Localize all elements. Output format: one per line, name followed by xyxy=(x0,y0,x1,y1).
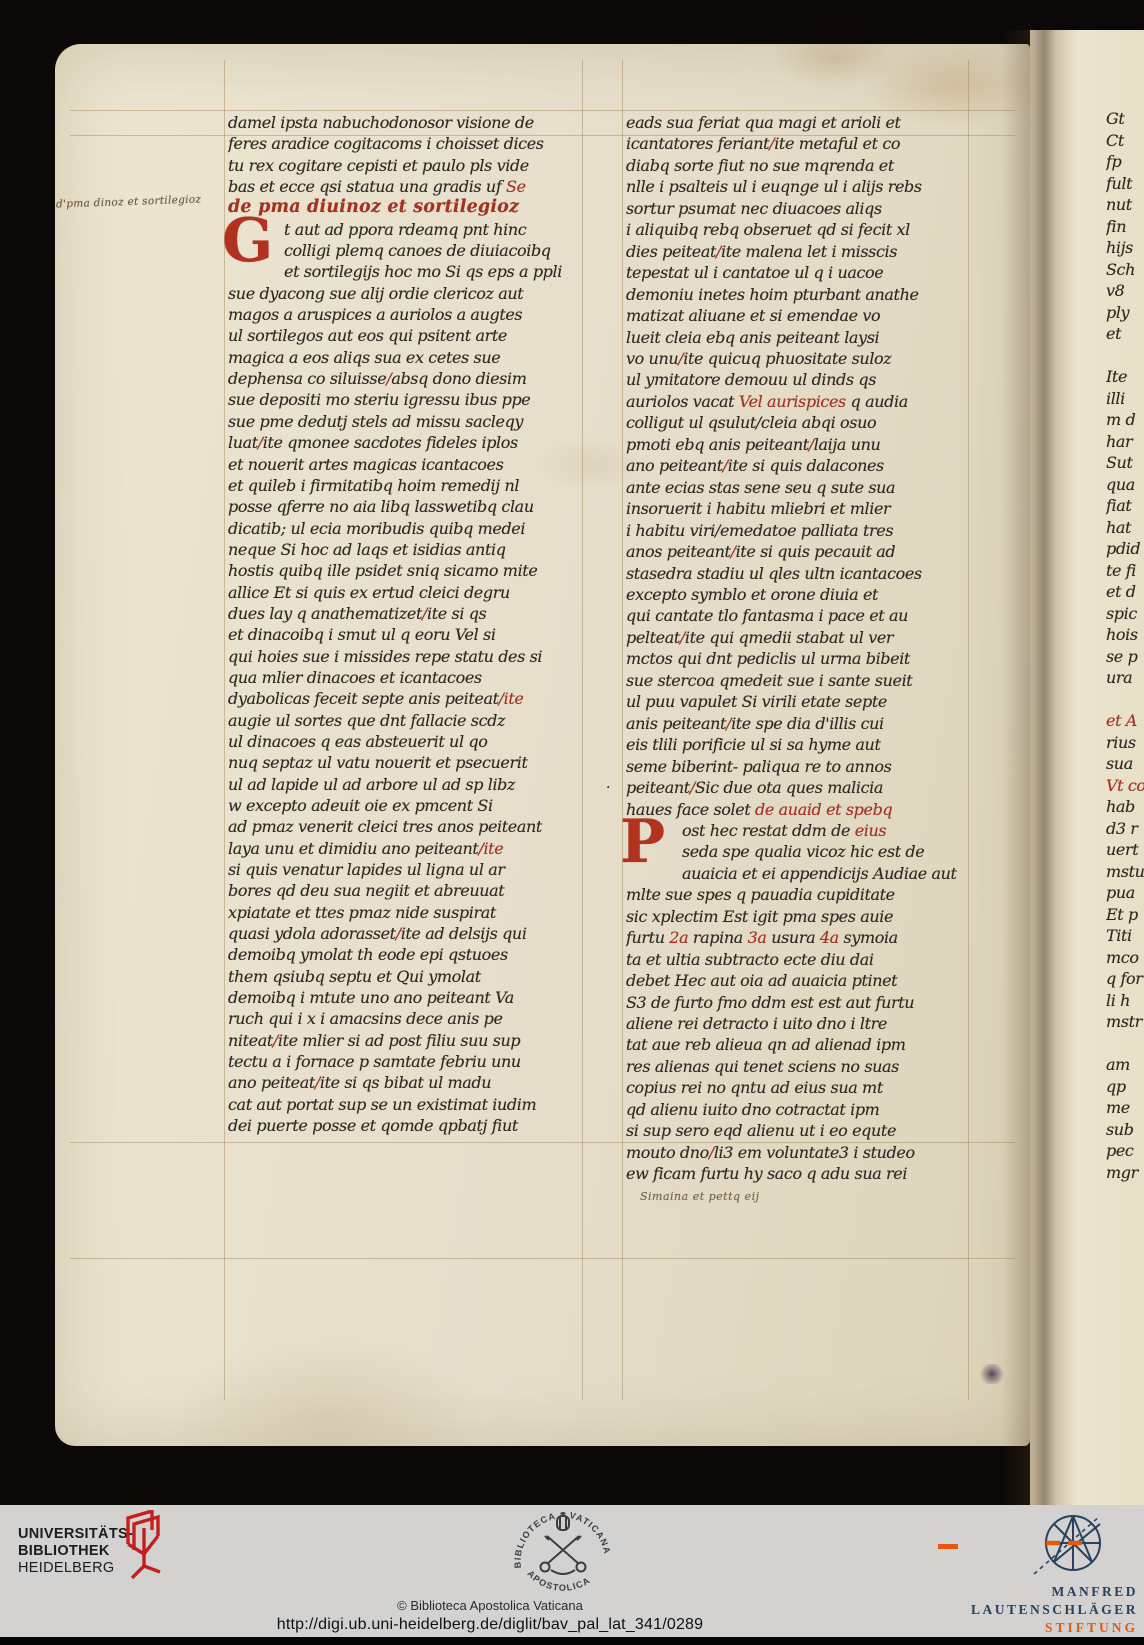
manuscript-line: posse qferre no aia libq lasswetibq clau xyxy=(228,496,580,517)
manuscript-line: ew ficam furtu hy saco q adu sua rei xyxy=(626,1163,970,1184)
ink-smudge xyxy=(978,1364,1006,1384)
manuscript-line: qui hoies sue i missides repe statu des … xyxy=(228,646,580,667)
facing-line-fragment: Ct xyxy=(1106,130,1144,152)
facing-line-fragment: hois xyxy=(1106,624,1144,646)
facing-line-fragment: et xyxy=(1106,323,1144,345)
manuscript-line: demoibq i mtute uno ano peiteant Va xyxy=(228,987,580,1008)
manuscript-line: stasedra stadiu ul qles ultn icantacoes xyxy=(626,563,970,584)
facing-line-fragment: fin xyxy=(1106,216,1144,238)
manuscript-line: cat aut portat sup se un existimat iudim xyxy=(228,1094,580,1115)
manuscript-line: bas et ecce qsi statua una gradis uf Se xyxy=(228,176,580,197)
manuscript-line: dyabolicas feceit septe anis peiteat/ite xyxy=(228,688,580,709)
facing-line-fragment: pec xyxy=(1106,1140,1144,1162)
facing-line-fragment: spic xyxy=(1106,603,1144,625)
facing-line-fragment: hijs xyxy=(1106,237,1144,259)
vatican-copyright: © Biblioteca Apostolica Vaticana xyxy=(320,1598,660,1613)
paragraph-mark: · xyxy=(606,780,610,796)
mls-orange-dash xyxy=(938,1544,958,1549)
illuminated-initial: P xyxy=(620,814,665,870)
manuscript-line: ta et ultia subtracto ecte diu dai xyxy=(626,949,970,970)
facing-line-fragment: qua xyxy=(1106,474,1144,496)
facing-line-fragment: fp xyxy=(1106,151,1144,173)
manuscript-line: vo unu/ite quicuq phuositate suloz xyxy=(626,348,970,369)
manuscript-line: ul puu vapulet Si virili etate septe xyxy=(626,691,970,712)
manuscript-line: dei puerte posse et qomde qpbatj fiut xyxy=(228,1115,580,1136)
facing-line-fragment: nut xyxy=(1106,194,1144,216)
manuscript-line: ruch qui i x i amacsins dece anis pe xyxy=(228,1008,580,1029)
manuscript-line: pelteat/ite qui qmedii stabat ul ver xyxy=(626,627,970,648)
facing-line-fragment: Et p xyxy=(1106,904,1144,926)
manuscript-line: magos a aruspices a auriolos a augtes xyxy=(228,304,580,325)
facing-line-fragment: fult xyxy=(1106,173,1144,195)
manuscript-line: copius rei no qntu ad eius sua mt xyxy=(626,1077,970,1098)
manuscript-line: hostis quibq ille psidet sniq sicamo mit… xyxy=(228,560,580,581)
facing-line-fragment: et d xyxy=(1106,581,1144,603)
manuscript-line: niteat/ite mlier si ad post filiu suu su… xyxy=(228,1030,580,1051)
manuscript-line: dues lay q anathematizet/ite si qs xyxy=(228,603,580,624)
manuscript-line: feres aradice cogitacoms i choisset dice… xyxy=(228,133,580,154)
manuscript-line: qd alienu iuito dno cotractat ipm xyxy=(626,1099,970,1120)
manuscript-line: auriolos vacat Vel aurispices q audia xyxy=(626,391,970,412)
ruling-line xyxy=(70,110,1015,111)
facing-line-fragment: mstr xyxy=(1106,1011,1144,1033)
facing-line-fragment: se p xyxy=(1106,646,1144,668)
manuscript-line: de pma diuinoz et sortilegioz xyxy=(228,197,580,218)
manuscript-line: magica a eos aliqs sua ex cetes sue xyxy=(228,347,580,368)
manuscript-line: anos peiteant/ite si quis pecauit ad xyxy=(626,541,970,562)
manuscript-line: sue dyacong sue alij ordie clericoz aut xyxy=(228,283,580,304)
manuscript-line: colligut ul qsulut/cleia abqi osuo xyxy=(626,412,970,433)
manuscript-line: et nouerit artes magicas icantacoes xyxy=(228,454,580,475)
manuscript-line: matizat aliuane et si emendae vo xyxy=(626,305,970,326)
facing-line-fragment: har xyxy=(1106,431,1144,453)
manuscript-line: icantatores feriant/ite metaful et co xyxy=(626,133,970,154)
manuscript-line: dephensa co siluisse/absq dono diesim xyxy=(228,368,580,389)
mls-line2: LAUTENSCHLÄGER xyxy=(971,1601,1138,1619)
manuscript-line: w excepto adeuit oie ex pmcent Si xyxy=(228,795,580,816)
facing-line-fragment xyxy=(1106,345,1144,367)
manuscript-line: mctos qui dnt pediclis ul urma bibeit xyxy=(626,648,970,669)
manuscript-scan-viewport: damel ipsta nabuchodonosor visione defer… xyxy=(0,0,1144,1645)
manuscript-line: quasi ydola adorasset/ite ad delsijs qui xyxy=(228,923,580,944)
facing-line-fragment: sub xyxy=(1106,1119,1144,1141)
facing-line-fragment: Gt xyxy=(1106,108,1144,130)
facing-line-fragment: fiat xyxy=(1106,495,1144,517)
facing-line-fragment: mgr xyxy=(1106,1162,1144,1184)
manuscript-line: qui cantate tlo fantasma i pace et au xyxy=(626,605,970,626)
manuscript-line: et sortilegijs hoc mo Si qs eps a ppli xyxy=(228,261,580,282)
manuscript-line: seme biberint- paliqua re to annos xyxy=(626,756,970,777)
manuscript-line: diabq sorte fiut no sue mqrenda et xyxy=(626,155,970,176)
vatican-library-seal-icon: BIBLIOTECA VATICANA APOSTOLICA xyxy=(505,1506,621,1603)
facing-line-fragment: illi xyxy=(1106,388,1144,410)
source-url-caption: http://digi.ub.uni-heidelberg.de/diglit/… xyxy=(250,1616,730,1634)
facing-line-fragment: Sut xyxy=(1106,452,1144,474)
manuscript-line: tat aue reb alieua qn ad alienad ipm xyxy=(626,1034,970,1055)
manuscript-line: aliene rei detracto i uito dno i ltre xyxy=(626,1013,970,1034)
manuscript-line: excepto symblo et orone diuia et xyxy=(626,584,970,605)
ruling-line xyxy=(582,60,583,1400)
manuscript-line: them qsiubq septu et Qui ymolat xyxy=(228,966,580,987)
manuscript-line: ul ymitatore demouu ul dinds qs xyxy=(626,369,970,390)
manuscript-line: peiteant/Sic due ota ques malicia xyxy=(626,777,970,798)
bottom-black-strip xyxy=(0,1637,1144,1645)
manuscript-line: augie ul sortes que dnt fallacie scdz xyxy=(228,710,580,731)
manuscript-line: qua mlier dinacoes et icantacoes xyxy=(228,667,580,688)
facing-line-fragment: hab xyxy=(1106,796,1144,818)
manuscript-line: si sup sero eqd alienu ut i eo equte xyxy=(626,1120,970,1141)
manuscript-line: tu rex cogitare cepisti et paulo pls vid… xyxy=(228,155,580,176)
facing-line-fragment: qp xyxy=(1106,1076,1144,1098)
manuscript-line: ano peiteat/ite si qs bibat ul madu xyxy=(228,1072,580,1093)
manuscript-line: et quileb i firmitatibq hoim remedij nl xyxy=(228,475,580,496)
facing-line-fragment: Ite xyxy=(1106,366,1144,388)
manuscript-line: tectu a i fornace p samtate febriu unu xyxy=(228,1051,580,1072)
facing-page-text-fragments: GtCtfpfultnutfinhijsSchv8plyet Iteillim … xyxy=(1106,108,1144,1183)
manuscript-line: sic xplectim Est igit pma spes auie xyxy=(626,906,970,927)
manuscript-line: auaicia et ei appendicijs Audiae aut xyxy=(626,863,970,884)
manuscript-line: eis tlili porificie ul si sa hyme aut xyxy=(626,734,970,755)
mls-line3: STIFTUNG xyxy=(971,1619,1138,1637)
manuscript-line: furtu 2a rapina 3a usura 4a symoia xyxy=(626,927,970,948)
facing-line-fragment: Sch xyxy=(1106,259,1144,281)
manuscript-line: luat/ite qmonee sacdotes fideles iplos xyxy=(228,432,580,453)
manuscript-line: lueit cleia ebq anis peiteant laysi xyxy=(626,327,970,348)
manuscript-line: seda spe qualia vicoz hic est de xyxy=(626,841,970,862)
manuscript-column-right: eads sua feriat qua magi et arioli etica… xyxy=(626,112,970,1185)
manuscript-line: nlle i psalteis ul i euqnge ul i alijs r… xyxy=(626,176,970,197)
facing-line-fragment: rius xyxy=(1106,732,1144,754)
manuscript-line: anis peiteant/ite spe dia d'illis cui xyxy=(626,713,970,734)
manuscript-line: pmoti ebq anis peiteant/laija unu xyxy=(626,434,970,455)
facing-line-fragment: uert xyxy=(1106,839,1144,861)
facing-line-fragment: Vt co xyxy=(1106,775,1144,797)
manuscript-line: sortur psumat nec diuacoes aliqs xyxy=(626,198,970,219)
facing-line-fragment: mco xyxy=(1106,947,1144,969)
facing-line-fragment: pua xyxy=(1106,882,1144,904)
manuscript-line: sue pme dedutj stels ad missu sacleqy xyxy=(228,411,580,432)
facing-line-fragment: li h xyxy=(1106,990,1144,1012)
manuscript-line: S3 de furto fmo ddm est est aut furtu xyxy=(626,992,970,1013)
manuscript-line: dies peiteat/ite malena let i misscis xyxy=(626,241,970,262)
manuscript-line: colligi plemq canoes de diuiacoibq xyxy=(228,240,580,261)
facing-line-fragment: te fi xyxy=(1106,560,1144,582)
mls-wordmark: MANFRED LAUTENSCHLÄGER STIFTUNG xyxy=(971,1583,1138,1637)
manuscript-line: demoibq ymolat th eode epi qstuoes xyxy=(228,944,580,965)
manuscript-line: allice Et si quis ex ertud cleici degru xyxy=(228,582,580,603)
facing-line-fragment: et A xyxy=(1106,710,1144,732)
manuscript-line: mlte sue spes q pauadia cupiditate xyxy=(626,884,970,905)
manuscript-line: mouto dno/li3 em voluntate3 i studeo xyxy=(626,1142,970,1163)
manuscript-line: ul ad lapide ul ad arbore ul ad sp libz xyxy=(228,774,580,795)
manuscript-line: et dinacoibq i smut ul q eoru Vel si xyxy=(228,624,580,645)
manuscript-line: ad pmaz venerit cleici tres anos peitean… xyxy=(228,816,580,837)
manuscript-line: dicatib; ul ecia moribudis quibq medei xyxy=(228,518,580,539)
facing-line-fragment: sua xyxy=(1106,753,1144,775)
manuscript-line: damel ipsta nabuchodonosor visione de xyxy=(228,112,580,133)
ruling-line xyxy=(70,1258,1015,1259)
ruling-line xyxy=(622,60,623,1400)
facing-line-fragment: am xyxy=(1106,1054,1144,1076)
facing-line-fragment: m d xyxy=(1106,409,1144,431)
manuscript-line: ano peiteant/ite si quis dalacones xyxy=(626,455,970,476)
manuscript-line: bores qd deu sua negiit et abreuuat xyxy=(228,880,580,901)
facing-line-fragment: q for xyxy=(1106,968,1144,990)
manuscript-line: insoruerit i habitu mliebri et mlier xyxy=(626,498,970,519)
facing-line-fragment: d3 r xyxy=(1106,818,1144,840)
binding-gutter xyxy=(1002,30,1078,1505)
manuscript-column-left: damel ipsta nabuchodonosor visione defer… xyxy=(228,112,580,1137)
manuscript-line: si quis venatur lapides ul ligna ul ar xyxy=(228,859,580,880)
manuscript-line: ul dinacoes q eas absteuerit ul qo xyxy=(228,731,580,752)
facing-line-fragment: ura xyxy=(1106,667,1144,689)
facing-line-fragment xyxy=(1106,689,1144,711)
manuscript-line: debet Hec aut oia ad auaicia ptinet xyxy=(626,970,970,991)
illuminated-initial: G xyxy=(222,213,273,269)
facing-line-fragment: me xyxy=(1106,1097,1144,1119)
svg-text:VATICANA: VATICANA xyxy=(568,1510,612,1555)
manuscript-line: t aut ad ppora rdeamq pnt hinc xyxy=(228,219,580,240)
mls-line1: MANFRED xyxy=(971,1583,1138,1601)
facing-line-fragment: Titi xyxy=(1106,925,1144,947)
manuscript-line: sue stercoa qmedeit sue i sante sueit xyxy=(626,670,970,691)
manuscript-line: ost hec restat ddm de eius xyxy=(626,820,970,841)
manuscript-line: i habitu viri/emedatoe palliata tres xyxy=(626,520,970,541)
manuscript-line: i aliquibq rebq obseruet qd si fecit xl xyxy=(626,219,970,240)
manuscript-line: laya unu et dimidiu ano peiteant/ite xyxy=(228,838,580,859)
mls-compass-icon xyxy=(988,1508,1118,1585)
manuscript-line: haues face solet de auaid et spebq xyxy=(626,799,970,820)
facing-line-fragment: ply xyxy=(1106,302,1144,324)
facing-line-fragment: hat xyxy=(1106,517,1144,539)
manuscript-line: xpiatate et ttes pmaz nide suspirat xyxy=(228,902,580,923)
manuscript-line: nuq septaz ul vatu nouerit et psecuerit xyxy=(228,752,580,773)
manuscript-line: res alienas qui tenet sciens no suas xyxy=(626,1056,970,1077)
manuscript-line: neque Si hoc ad laqs et isidias antiq xyxy=(228,539,580,560)
facing-line-fragment xyxy=(1106,1033,1144,1055)
facing-line-fragment: mstu xyxy=(1106,861,1144,883)
manuscript-line: ante ecias stas sene seu q sute sua xyxy=(626,477,970,498)
ub-heidelberg-book-icon xyxy=(114,1510,178,1587)
manuscript-line: eads sua feriat qua magi et arioli et xyxy=(626,112,970,133)
facing-line-fragment: pdid xyxy=(1106,538,1144,560)
catchword-note: Simaina et pettq eij xyxy=(640,1190,760,1203)
facing-line-fragment: v8 xyxy=(1106,280,1144,302)
manuscript-line: demoniu inetes hoim pturbant anathe xyxy=(626,284,970,305)
manuscript-line: sue depositi mo steriu igressu ibus ppe xyxy=(228,389,580,410)
manuscript-line: ul sortilegos aut eos qui psitent arte xyxy=(228,325,580,346)
manuscript-line: tepestat ul i cantatoe ul q i uacoe xyxy=(626,262,970,283)
